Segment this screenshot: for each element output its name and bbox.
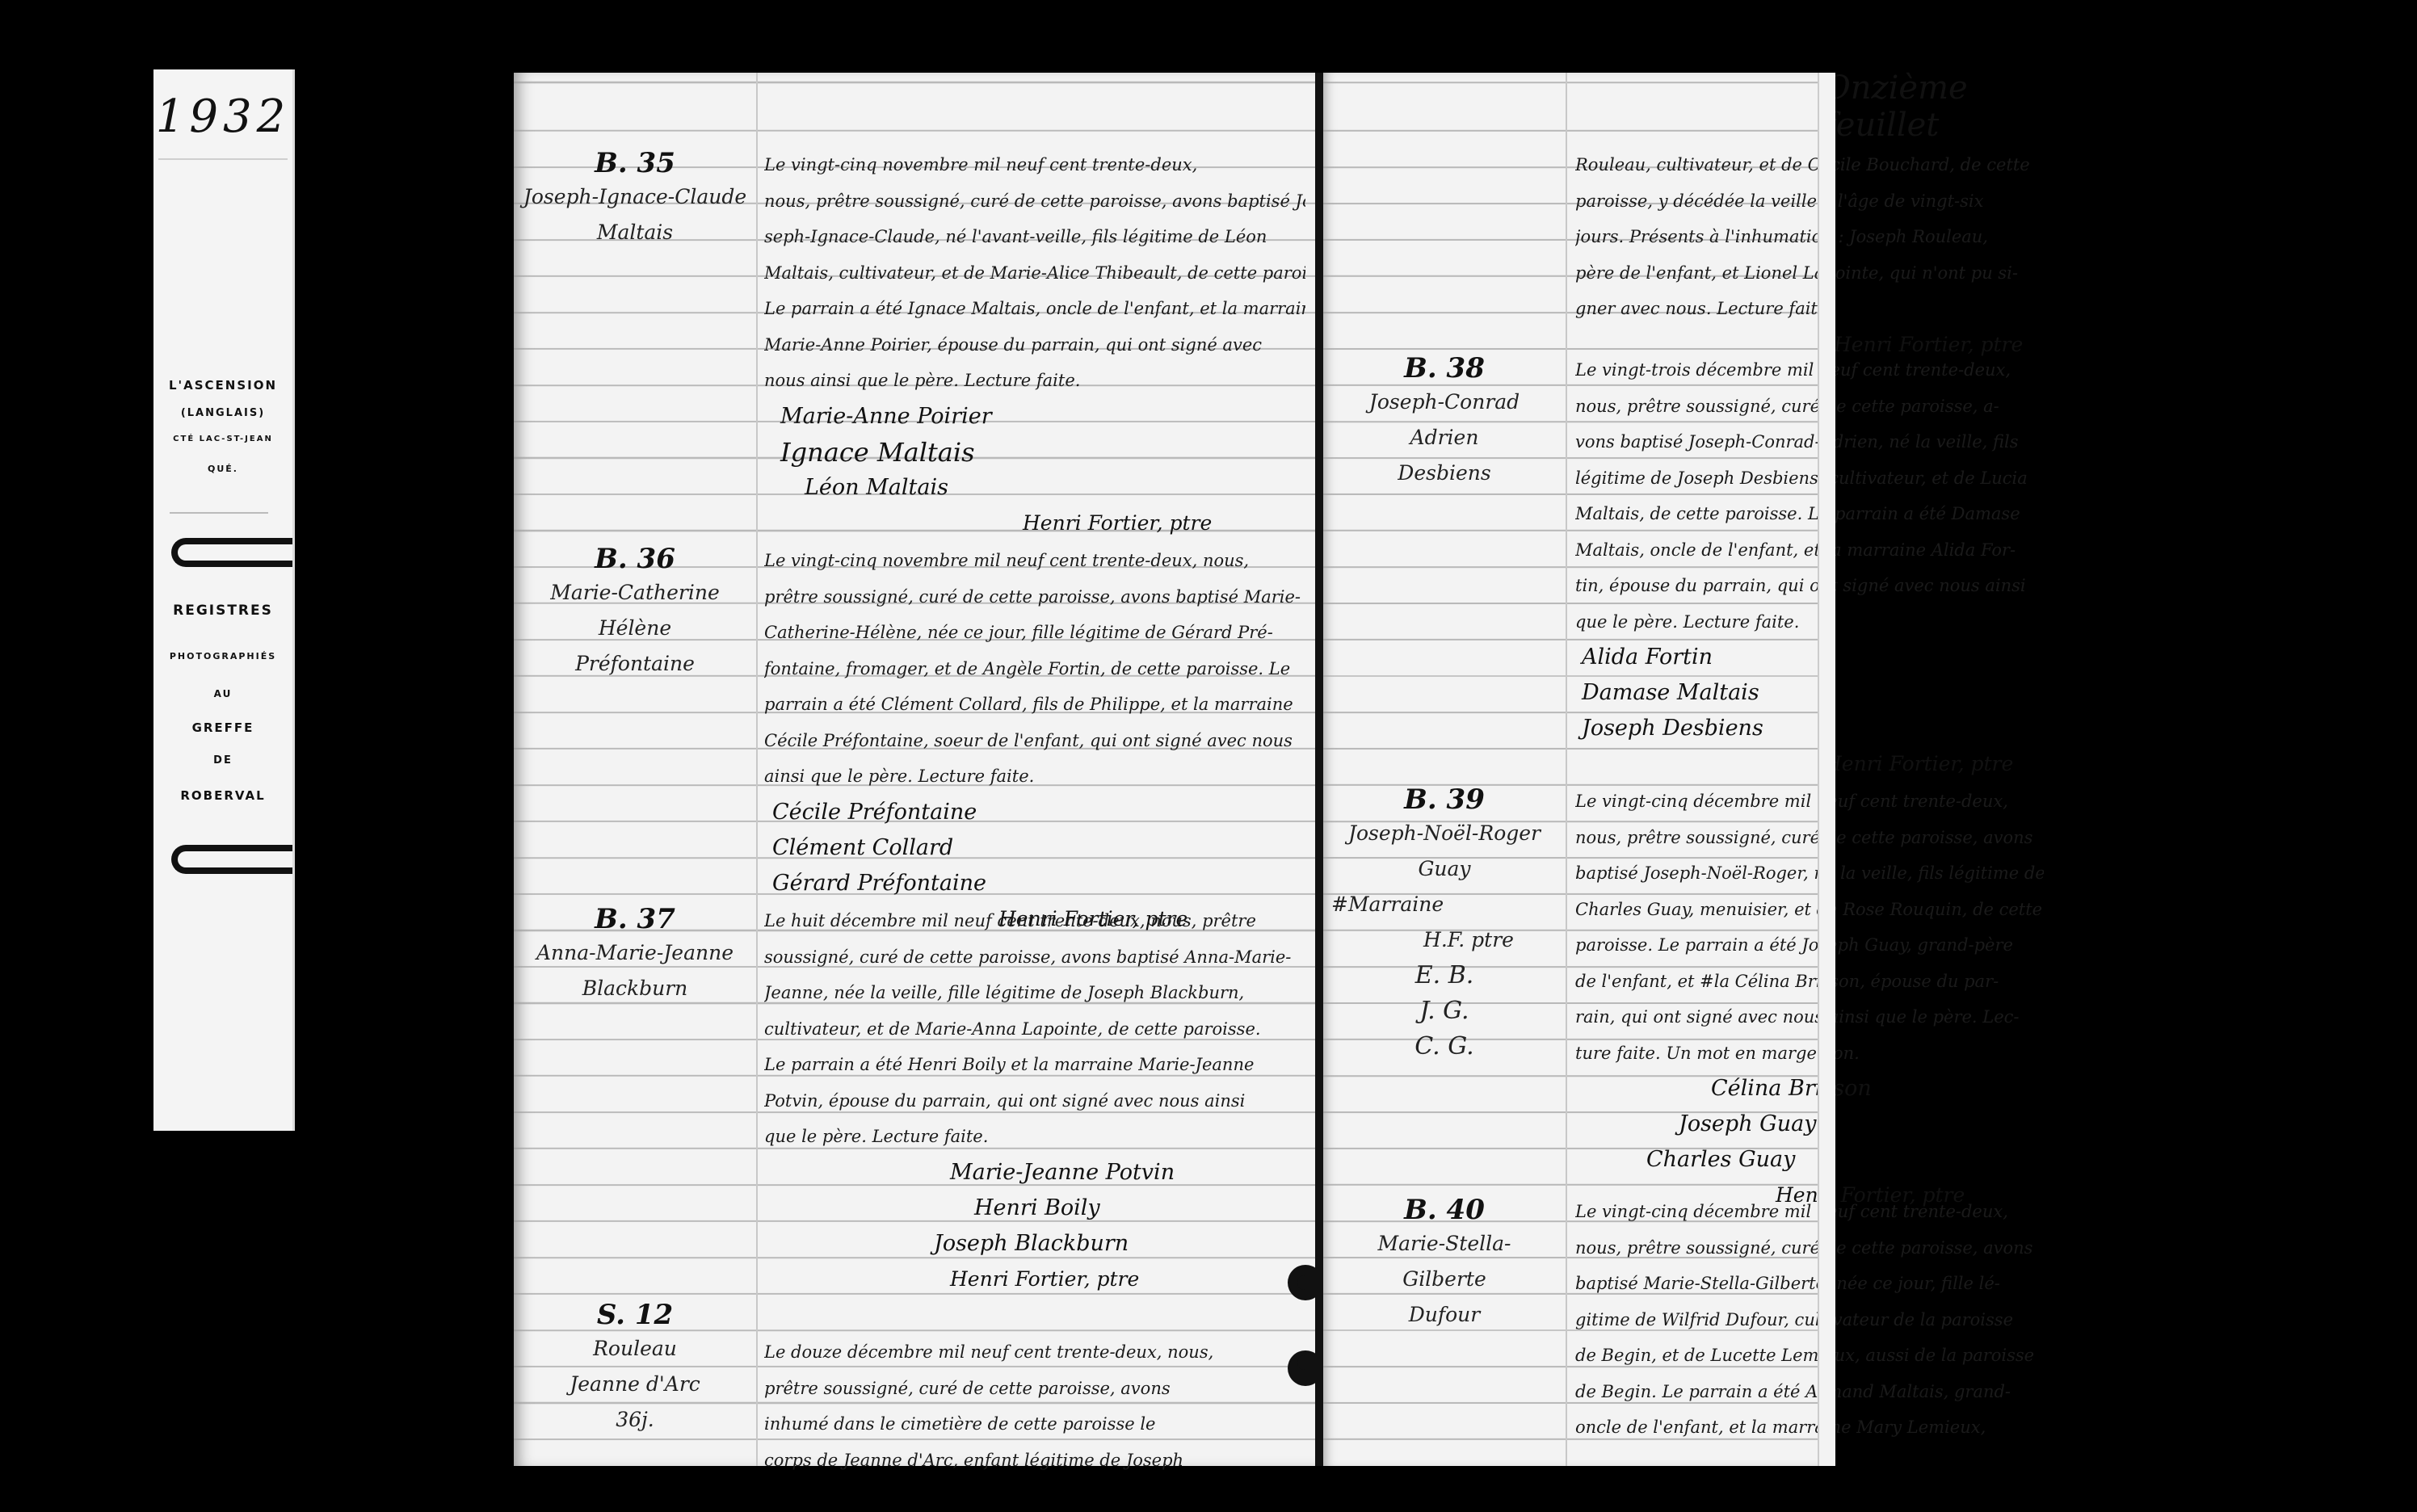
margin-name: Joseph-Conrad (1323, 384, 1566, 420)
left-page: B. 35 Joseph-Ignace-Claude Maltais Le vi… (514, 73, 1323, 1466)
margin-entry-b38: B. 38 Joseph-Conrad Adrien Desbiens (1323, 352, 1566, 491)
signature: Léon Maltais (780, 470, 1212, 506)
signature: Clément Collard (772, 830, 1187, 866)
margin-entry-b35: B. 35 Joseph-Ignace-Claude Maltais (514, 147, 756, 250)
margin-entry-s12: S. 12 Rouleau Jeanne d'Arc 36j. (514, 1299, 756, 1438)
margin-entry-b36: B. 36 Marie-Catherine Hélène Préfontaine (514, 543, 756, 682)
entry-text-b38: Le vingt-trois décembre mil neuf cent tr… (1575, 352, 2044, 640)
parish-alt-name: (LANGLAIS) (153, 407, 292, 419)
entry-text-b40: Le vingt-cinq décembre mil neuf cent tre… (1575, 1194, 2044, 1446)
signature: Ignace Maltais (780, 435, 1212, 470)
signatures-b39: Célina Brisson Joseph Guay Charles Guay … (1646, 1071, 1965, 1213)
signature: Joseph Desbiens (1582, 711, 2013, 746)
signature: Cécile Préfontaine (772, 795, 1187, 830)
folio-header: Onzième feuillet (1824, 69, 1968, 144)
entry-text-b36: Le vingt-cinq novembre mil neuf cent tre… (764, 543, 1305, 795)
signature: Gérard Préfontaine (772, 866, 1187, 901)
margin-name: Anna-Marie-Jeanne (514, 935, 756, 971)
signature: Damase Maltais (1582, 675, 2013, 711)
entry-number: B. 36 (514, 543, 756, 575)
entry-text-s12-continued: Rouleau, cultivateur, et de Cécile Bouch… (1575, 147, 2044, 363)
margin-name: Joseph-Noël-Roger (1323, 816, 1566, 851)
margin-age: 36j. (514, 1402, 756, 1438)
signature: Alida Fortin (1582, 640, 2013, 675)
entry-text-s12: Le douze décembre mil neuf cent trente-d… (764, 1334, 1281, 1478)
margin-name: Jeanne d'Arc (514, 1367, 756, 1402)
register-book: B. 35 Joseph-Ignace-Claude Maltais Le vi… (514, 73, 2129, 1466)
margin-entry-b37: B. 37 Anna-Marie-Jeanne Blackburn (514, 903, 756, 1006)
margin-name: Adrien (1323, 420, 1566, 456)
officiant-signature: Henri Fortier, ptre (1582, 746, 2013, 782)
county: CTÉ LAC-ST-JEAN (153, 435, 292, 443)
paper-clip-icon (171, 538, 292, 567)
registry-label: ROBERVAL (153, 788, 292, 803)
signatures-b38: Alida Fortin Damase Maltais Joseph Desbi… (1582, 640, 2013, 782)
margin-note: H.F. ptre (1323, 922, 1566, 958)
margin-line (1566, 73, 1567, 1466)
paper-clip-icon (171, 845, 292, 874)
signature: Joseph Blackburn (934, 1226, 1175, 1262)
registry-label: GREFFE (153, 720, 292, 735)
entry-text-b37: Le huit décembre mil neuf cent trente-de… (764, 903, 1305, 1155)
margin-name: Maltais (514, 215, 756, 250)
margin-line (756, 73, 758, 1466)
registry-label: PHOTOGRAPHIÉS (153, 651, 292, 661)
margin-name: Marie-Stella- (1323, 1226, 1566, 1262)
margin-name: Gilberte (1323, 1262, 1566, 1297)
officiant-signature: Henri Fortier, ptre (780, 506, 1212, 541)
registry-label: REGISTRES (153, 603, 292, 619)
margin-name: Hélène (514, 611, 756, 646)
signature: Marie-Jeanne Potvin (950, 1155, 1175, 1191)
margin-name: Blackburn (514, 971, 756, 1006)
signature: Marie-Anne Poirier (780, 399, 1212, 435)
province: QUÉ. (153, 464, 292, 474)
divider (170, 512, 268, 514)
right-page: Onzième feuillet Rouleau, cultivateur, e… (1323, 73, 1834, 1466)
signature: Joseph Guay (1646, 1107, 1965, 1142)
register-year: 1932 (153, 90, 292, 143)
entry-number: B. 40 (1323, 1194, 1566, 1226)
margin-name: Guay (1323, 851, 1566, 887)
entry-number: B. 38 (1323, 352, 1566, 384)
margin-name: Desbiens (1323, 456, 1566, 491)
entry-number: S. 12 (514, 1299, 756, 1331)
signature: Henri Boily (950, 1191, 1175, 1226)
registry-label: DE (153, 754, 292, 766)
divider (158, 158, 288, 160)
entry-text-b39: Le vingt-cinq décembre mil neuf cent tre… (1575, 783, 2044, 1071)
entry-number: B. 37 (514, 903, 756, 935)
margin-name: Préfontaine (514, 646, 756, 682)
signature: Célina Brisson (1646, 1071, 1965, 1107)
officiant-signature: Henri Fortier, ptre (950, 1262, 1175, 1297)
registry-label: AU (153, 688, 292, 699)
margin-name: Joseph-Ignace-Claude (514, 179, 756, 215)
margin-name: Marie-Catherine (514, 575, 756, 611)
margin-name: Rouleau (514, 1331, 756, 1367)
archive-label-strip: 1932 L'ASCENSION (LANGLAIS) CTÉ LAC-ST-J… (153, 69, 295, 1131)
signatures-b35: Marie-Anne Poirier Ignace Maltais Léon M… (780, 399, 1212, 541)
margin-initials: J. G. (1323, 993, 1566, 1029)
entry-number: B. 39 (1323, 783, 1566, 816)
entry-text-b35: Le vingt-cinq novembre mil neuf cent tre… (764, 147, 1305, 399)
margin-note: #Marraine (1323, 887, 1566, 922)
signature: Charles Guay (1646, 1142, 1965, 1178)
entry-number: B. 35 (514, 147, 756, 179)
margin-initials: E. B. (1323, 958, 1566, 993)
margin-entry-b39: B. 39 Joseph-Noël-Roger Guay #Marraine H… (1323, 783, 1566, 1065)
margin-initials: C. G. (1323, 1029, 1566, 1065)
margin-entry-b40: B. 40 Marie-Stella- Gilberte Dufour (1323, 1194, 1566, 1333)
margin-name: Dufour (1323, 1297, 1566, 1333)
parish-name: L'ASCENSION (153, 378, 292, 393)
signatures-b37: Marie-Jeanne Potvin Henri Boily Joseph B… (950, 1155, 1175, 1297)
